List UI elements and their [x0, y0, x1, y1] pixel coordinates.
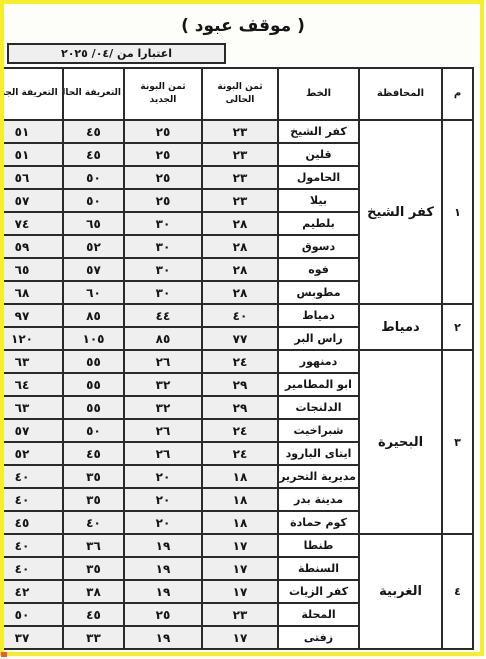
- coupon-current-cell: ١٨: [202, 465, 278, 488]
- line-name-cell: دمياط: [278, 304, 359, 327]
- fare-table: م المحافظة الخط ثمن البونة الحالى ثمن ال…: [0, 67, 474, 650]
- coupon-new-cell: ٣٠: [124, 258, 202, 281]
- tariff-current-cell: ٣٥: [63, 557, 124, 580]
- governorate-cell: البحيرة: [359, 350, 442, 534]
- coupon-new-cell: ١٩: [124, 557, 202, 580]
- coupon-current-cell: ٢٣: [202, 166, 278, 189]
- coupon-new-cell: ٨٥: [124, 327, 202, 350]
- coupon-new-cell: ١٩: [124, 626, 202, 649]
- fare-table-header: م المحافظة الخط ثمن البونة الحالى ثمن ال…: [0, 68, 473, 120]
- tariff-current-cell: ٣٥: [63, 465, 124, 488]
- line-name-cell: مطوبس: [278, 281, 359, 304]
- tariff-new-cell: ٤٢: [0, 580, 63, 603]
- coupon-current-cell: ١٧: [202, 534, 278, 557]
- header-coupon-new: ثمن البونة الجديد: [124, 68, 202, 120]
- coupon-new-cell: ١٩: [124, 534, 202, 557]
- line-name-cell: مديرية التحرير: [278, 465, 359, 488]
- line-name-cell: بلطيم: [278, 212, 359, 235]
- tariff-new-cell: ٥١: [0, 143, 63, 166]
- header-tariff-new: التعريفة الجديدة: [0, 68, 63, 120]
- coupon-current-cell: ٢٣: [202, 143, 278, 166]
- tariff-current-cell: ٣٣: [63, 626, 124, 649]
- tariff-new-cell: ٤٠: [0, 557, 63, 580]
- coupon-new-cell: ٣٢: [124, 396, 202, 419]
- coupon-new-cell: ١٩: [124, 580, 202, 603]
- coupon-current-cell: ٢٨: [202, 281, 278, 304]
- coupon-new-cell: ٢٥: [124, 143, 202, 166]
- tariff-current-cell: ٦٥: [63, 212, 124, 235]
- tariff-current-cell: ٥٢: [63, 235, 124, 258]
- line-name-cell: السنطة: [278, 557, 359, 580]
- tariff-current-cell: ٥٥: [63, 350, 124, 373]
- tariff-new-cell: ٥٧: [0, 419, 63, 442]
- line-name-cell: شبراخيت: [278, 419, 359, 442]
- page-title: ( موقف عبود ): [0, 16, 486, 36]
- header-row: م المحافظة الخط ثمن البونة الحالى ثمن ال…: [0, 68, 473, 120]
- line-name-cell: زفتى: [278, 626, 359, 649]
- line-name-cell: كفر الزيات: [278, 580, 359, 603]
- tariff-new-cell: ٥٧: [0, 189, 63, 212]
- tariff-new-cell: ١٢٠: [0, 327, 63, 350]
- line-name-cell: طنطا: [278, 534, 359, 557]
- coupon-current-cell: ٢٩: [202, 373, 278, 396]
- coupon-new-cell: ٢٦: [124, 442, 202, 465]
- coupon-current-cell: ٢٣: [202, 120, 278, 143]
- coupon-current-cell: ٢٤: [202, 419, 278, 442]
- governorate-cell: دمياط: [359, 304, 442, 350]
- tariff-current-cell: ٥٥: [63, 396, 124, 419]
- coupon-current-cell: ٢٨: [202, 258, 278, 281]
- tariff-current-cell: ٣٥: [63, 488, 124, 511]
- line-name-cell: ايتاى البارود: [278, 442, 359, 465]
- coupon-current-cell: ٤٠: [202, 304, 278, 327]
- tariff-new-cell: ٧٤: [0, 212, 63, 235]
- tariff-current-cell: ٤٥: [63, 143, 124, 166]
- section-index-cell: ٤: [442, 534, 473, 649]
- tariff-new-cell: ٥١: [0, 120, 63, 143]
- coupon-current-cell: ٢٩: [202, 396, 278, 419]
- coupon-new-cell: ٢٥: [124, 189, 202, 212]
- tariff-new-cell: ٩٧: [0, 304, 63, 327]
- tariff-current-cell: ٥٠: [63, 419, 124, 442]
- line-name-cell: مدينة بدر: [278, 488, 359, 511]
- tariff-new-cell: ٤٥: [0, 511, 63, 534]
- coupon-current-cell: ٢٨: [202, 235, 278, 258]
- coupon-current-cell: ٢٣: [202, 189, 278, 212]
- tariff-current-cell: ١٠٥: [63, 327, 124, 350]
- coupon-current-cell: ١٨: [202, 488, 278, 511]
- tariff-current-cell: ٤٠: [63, 511, 124, 534]
- line-name-cell: الحامول: [278, 166, 359, 189]
- line-name-cell: ابو المطامير: [278, 373, 359, 396]
- tariff-current-cell: ٤٥: [63, 442, 124, 465]
- governorate-cell: كفر الشيخ: [359, 120, 442, 304]
- tariff-current-cell: ٥٠: [63, 189, 124, 212]
- coupon-new-cell: ٢٠: [124, 488, 202, 511]
- header-line: الخط: [278, 68, 359, 120]
- line-name-cell: بيلا: [278, 189, 359, 212]
- coupon-new-cell: ٤٤: [124, 304, 202, 327]
- tariff-current-cell: ٦٠: [63, 281, 124, 304]
- tariff-current-cell: ٥٠: [63, 166, 124, 189]
- line-name-cell: قلين: [278, 143, 359, 166]
- line-name-cell: كوم حمادة: [278, 511, 359, 534]
- governorate-cell: الغربية: [359, 534, 442, 649]
- coupon-current-cell: ١٧: [202, 557, 278, 580]
- line-name-cell: كفر الشيخ: [278, 120, 359, 143]
- coupon-current-cell: ٢٨: [202, 212, 278, 235]
- line-name-cell: المحلة: [278, 603, 359, 626]
- coupon-current-cell: ٢٤: [202, 350, 278, 373]
- tariff-new-cell: ٦٥: [0, 258, 63, 281]
- coupon-current-cell: ١٧: [202, 580, 278, 603]
- coupon-new-cell: ٣٠: [124, 235, 202, 258]
- tariff-new-cell: ٦٨: [0, 281, 63, 304]
- section-index-cell: ٢: [442, 304, 473, 350]
- coupon-current-cell: ١٧: [202, 626, 278, 649]
- tariff-current-cell: ٤٥: [63, 603, 124, 626]
- tariff-new-cell: ٥٩: [0, 235, 63, 258]
- document-page: ( موقف عبود ) اعتبارا من /٠٤/ ٢٠٢٥ م الم…: [0, 0, 486, 659]
- fare-table-body: ١كفر الشيخكفر الشيخ٢٣٢٥٤٥٥١قلين٢٣٢٥٤٥٥١ا…: [0, 120, 473, 649]
- header-tariff-current: التعريفة الحالية: [63, 68, 124, 120]
- coupon-current-cell: ٧٧: [202, 327, 278, 350]
- line-name-cell: فوه: [278, 258, 359, 281]
- tariff-new-cell: ٤٠: [0, 488, 63, 511]
- tariff-current-cell: ٥٧: [63, 258, 124, 281]
- coupon-current-cell: ٢٤: [202, 442, 278, 465]
- tariff-new-cell: ٦٤: [0, 373, 63, 396]
- coupon-new-cell: ٣٢: [124, 373, 202, 396]
- fare-row: ١كفر الشيخكفر الشيخ٢٣٢٥٤٥٥١: [0, 120, 473, 143]
- coupon-new-cell: ٢٦: [124, 419, 202, 442]
- header-governorate: المحافظة: [359, 68, 442, 120]
- line-name-cell: الدلنجات: [278, 396, 359, 419]
- tariff-new-cell: ٤٠: [0, 465, 63, 488]
- tariff-new-cell: ٥٦: [0, 166, 63, 189]
- coupon-new-cell: ٢٥: [124, 120, 202, 143]
- fare-row: ٤الغربيةطنطا١٧١٩٣٦٤٠: [0, 534, 473, 557]
- effective-date-box: اعتبارا من /٠٤/ ٢٠٢٥: [7, 43, 226, 64]
- effective-date-text: اعتبارا من /٠٤/ ٢٠٢٥: [61, 47, 172, 60]
- coupon-new-cell: ٢٦: [124, 350, 202, 373]
- coupon-new-cell: ٣٠: [124, 281, 202, 304]
- coupon-new-cell: ٣٠: [124, 212, 202, 235]
- header-index: م: [442, 68, 473, 120]
- line-name-cell: دسوق: [278, 235, 359, 258]
- tariff-new-cell: ٣٧: [0, 626, 63, 649]
- tariff-current-cell: ٨٥: [63, 304, 124, 327]
- tariff-current-cell: ٥٥: [63, 373, 124, 396]
- coupon-current-cell: ٢٣: [202, 603, 278, 626]
- coupon-new-cell: ٢٠: [124, 511, 202, 534]
- tariff-current-cell: ٣٦: [63, 534, 124, 557]
- coupon-new-cell: ٢٥: [124, 603, 202, 626]
- tariff-new-cell: ٥٢: [0, 442, 63, 465]
- fare-row: ٢دمياطدمياط٤٠٤٤٨٥٩٧: [0, 304, 473, 327]
- line-name-cell: دمنهور: [278, 350, 359, 373]
- tariff-new-cell: ٤٠: [0, 534, 63, 557]
- fare-row: ٣البحيرةدمنهور٢٤٢٦٥٥٦٣: [0, 350, 473, 373]
- coupon-new-cell: ٢٠: [124, 465, 202, 488]
- tariff-new-cell: ٥٠: [0, 603, 63, 626]
- coupon-new-cell: ٢٥: [124, 166, 202, 189]
- tariff-current-cell: ٣٨: [63, 580, 124, 603]
- section-index-cell: ٣: [442, 350, 473, 534]
- corner-artifact-mark: [1, 652, 7, 657]
- header-coupon-current: ثمن البونة الحالى: [202, 68, 278, 120]
- tariff-new-cell: ٦٣: [0, 350, 63, 373]
- line-name-cell: راس البر: [278, 327, 359, 350]
- tariff-new-cell: ٦٣: [0, 396, 63, 419]
- coupon-current-cell: ١٨: [202, 511, 278, 534]
- tariff-current-cell: ٤٥: [63, 120, 124, 143]
- section-index-cell: ١: [442, 120, 473, 304]
